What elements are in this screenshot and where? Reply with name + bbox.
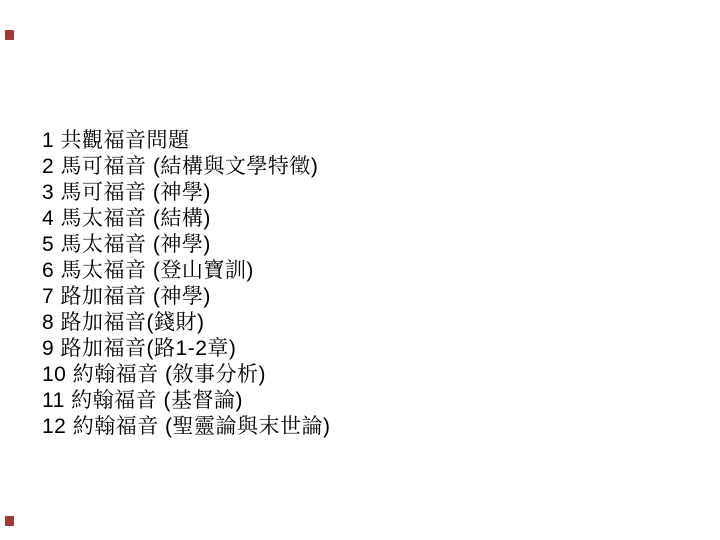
item-label: 路加福音(路1-2章) bbox=[61, 337, 237, 360]
item-label: 約翰福音 (基督論) bbox=[71, 389, 243, 412]
item-label: 約翰福音 (聖靈論與末世論) bbox=[73, 415, 331, 438]
list-item: 7 路加福音 (神學) bbox=[42, 284, 331, 310]
list-item: 12 約翰福音 (聖靈論與末世論) bbox=[42, 414, 331, 440]
item-label: 共觀福音問題 bbox=[61, 129, 190, 152]
item-number: 10 bbox=[42, 363, 66, 386]
slide-canvas: 1 共觀福音問題 2 馬可福音 (結構與文學特徵) 3 馬可福音 (神學) 4 … bbox=[0, 0, 720, 540]
list-item: 4 馬太福音 (結構) bbox=[42, 206, 331, 232]
list-item: 3 馬可福音 (神學) bbox=[42, 180, 331, 206]
gospel-topic-list: 1 共觀福音問題 2 馬可福音 (結構與文學特徵) 3 馬可福音 (神學) 4 … bbox=[42, 128, 331, 440]
item-number: 5 bbox=[42, 233, 54, 256]
item-label: 路加福音 (神學) bbox=[61, 285, 211, 308]
item-number: 7 bbox=[42, 285, 54, 308]
item-number: 9 bbox=[42, 337, 54, 360]
item-label: 馬可福音 (結構與文學特徵) bbox=[61, 155, 319, 178]
item-number: 12 bbox=[42, 415, 66, 438]
item-number: 3 bbox=[42, 181, 54, 204]
item-number: 11 bbox=[42, 389, 65, 412]
list-item: 5 馬太福音 (神學) bbox=[42, 232, 331, 258]
item-number: 6 bbox=[42, 259, 54, 282]
item-number: 8 bbox=[42, 311, 54, 334]
item-number: 2 bbox=[42, 155, 54, 178]
list-item: 1 共觀福音問題 bbox=[42, 128, 331, 154]
list-item: 10 約翰福音 (敘事分析) bbox=[42, 362, 331, 388]
list-item: 8 路加福音(錢財) bbox=[42, 310, 331, 336]
list-item: 9 路加福音(路1-2章) bbox=[42, 336, 331, 362]
list-item: 11 約翰福音 (基督論) bbox=[42, 388, 331, 414]
item-label: 路加福音(錢財) bbox=[61, 311, 205, 334]
red-marker-top-icon bbox=[5, 30, 14, 40]
item-label: 馬可福音 (神學) bbox=[61, 181, 211, 204]
item-number: 4 bbox=[42, 207, 54, 230]
item-label: 馬太福音 (結構) bbox=[61, 207, 211, 230]
item-number: 1 bbox=[42, 129, 54, 152]
list-item: 6 馬太福音 (登山寶訓) bbox=[42, 258, 331, 284]
list-item: 2 馬可福音 (結構與文學特徵) bbox=[42, 154, 331, 180]
item-label: 馬太福音 (登山寶訓) bbox=[61, 259, 254, 282]
red-marker-bottom-icon bbox=[5, 516, 14, 526]
item-label: 馬太福音 (神學) bbox=[61, 233, 211, 256]
item-label: 約翰福音 (敘事分析) bbox=[73, 363, 266, 386]
